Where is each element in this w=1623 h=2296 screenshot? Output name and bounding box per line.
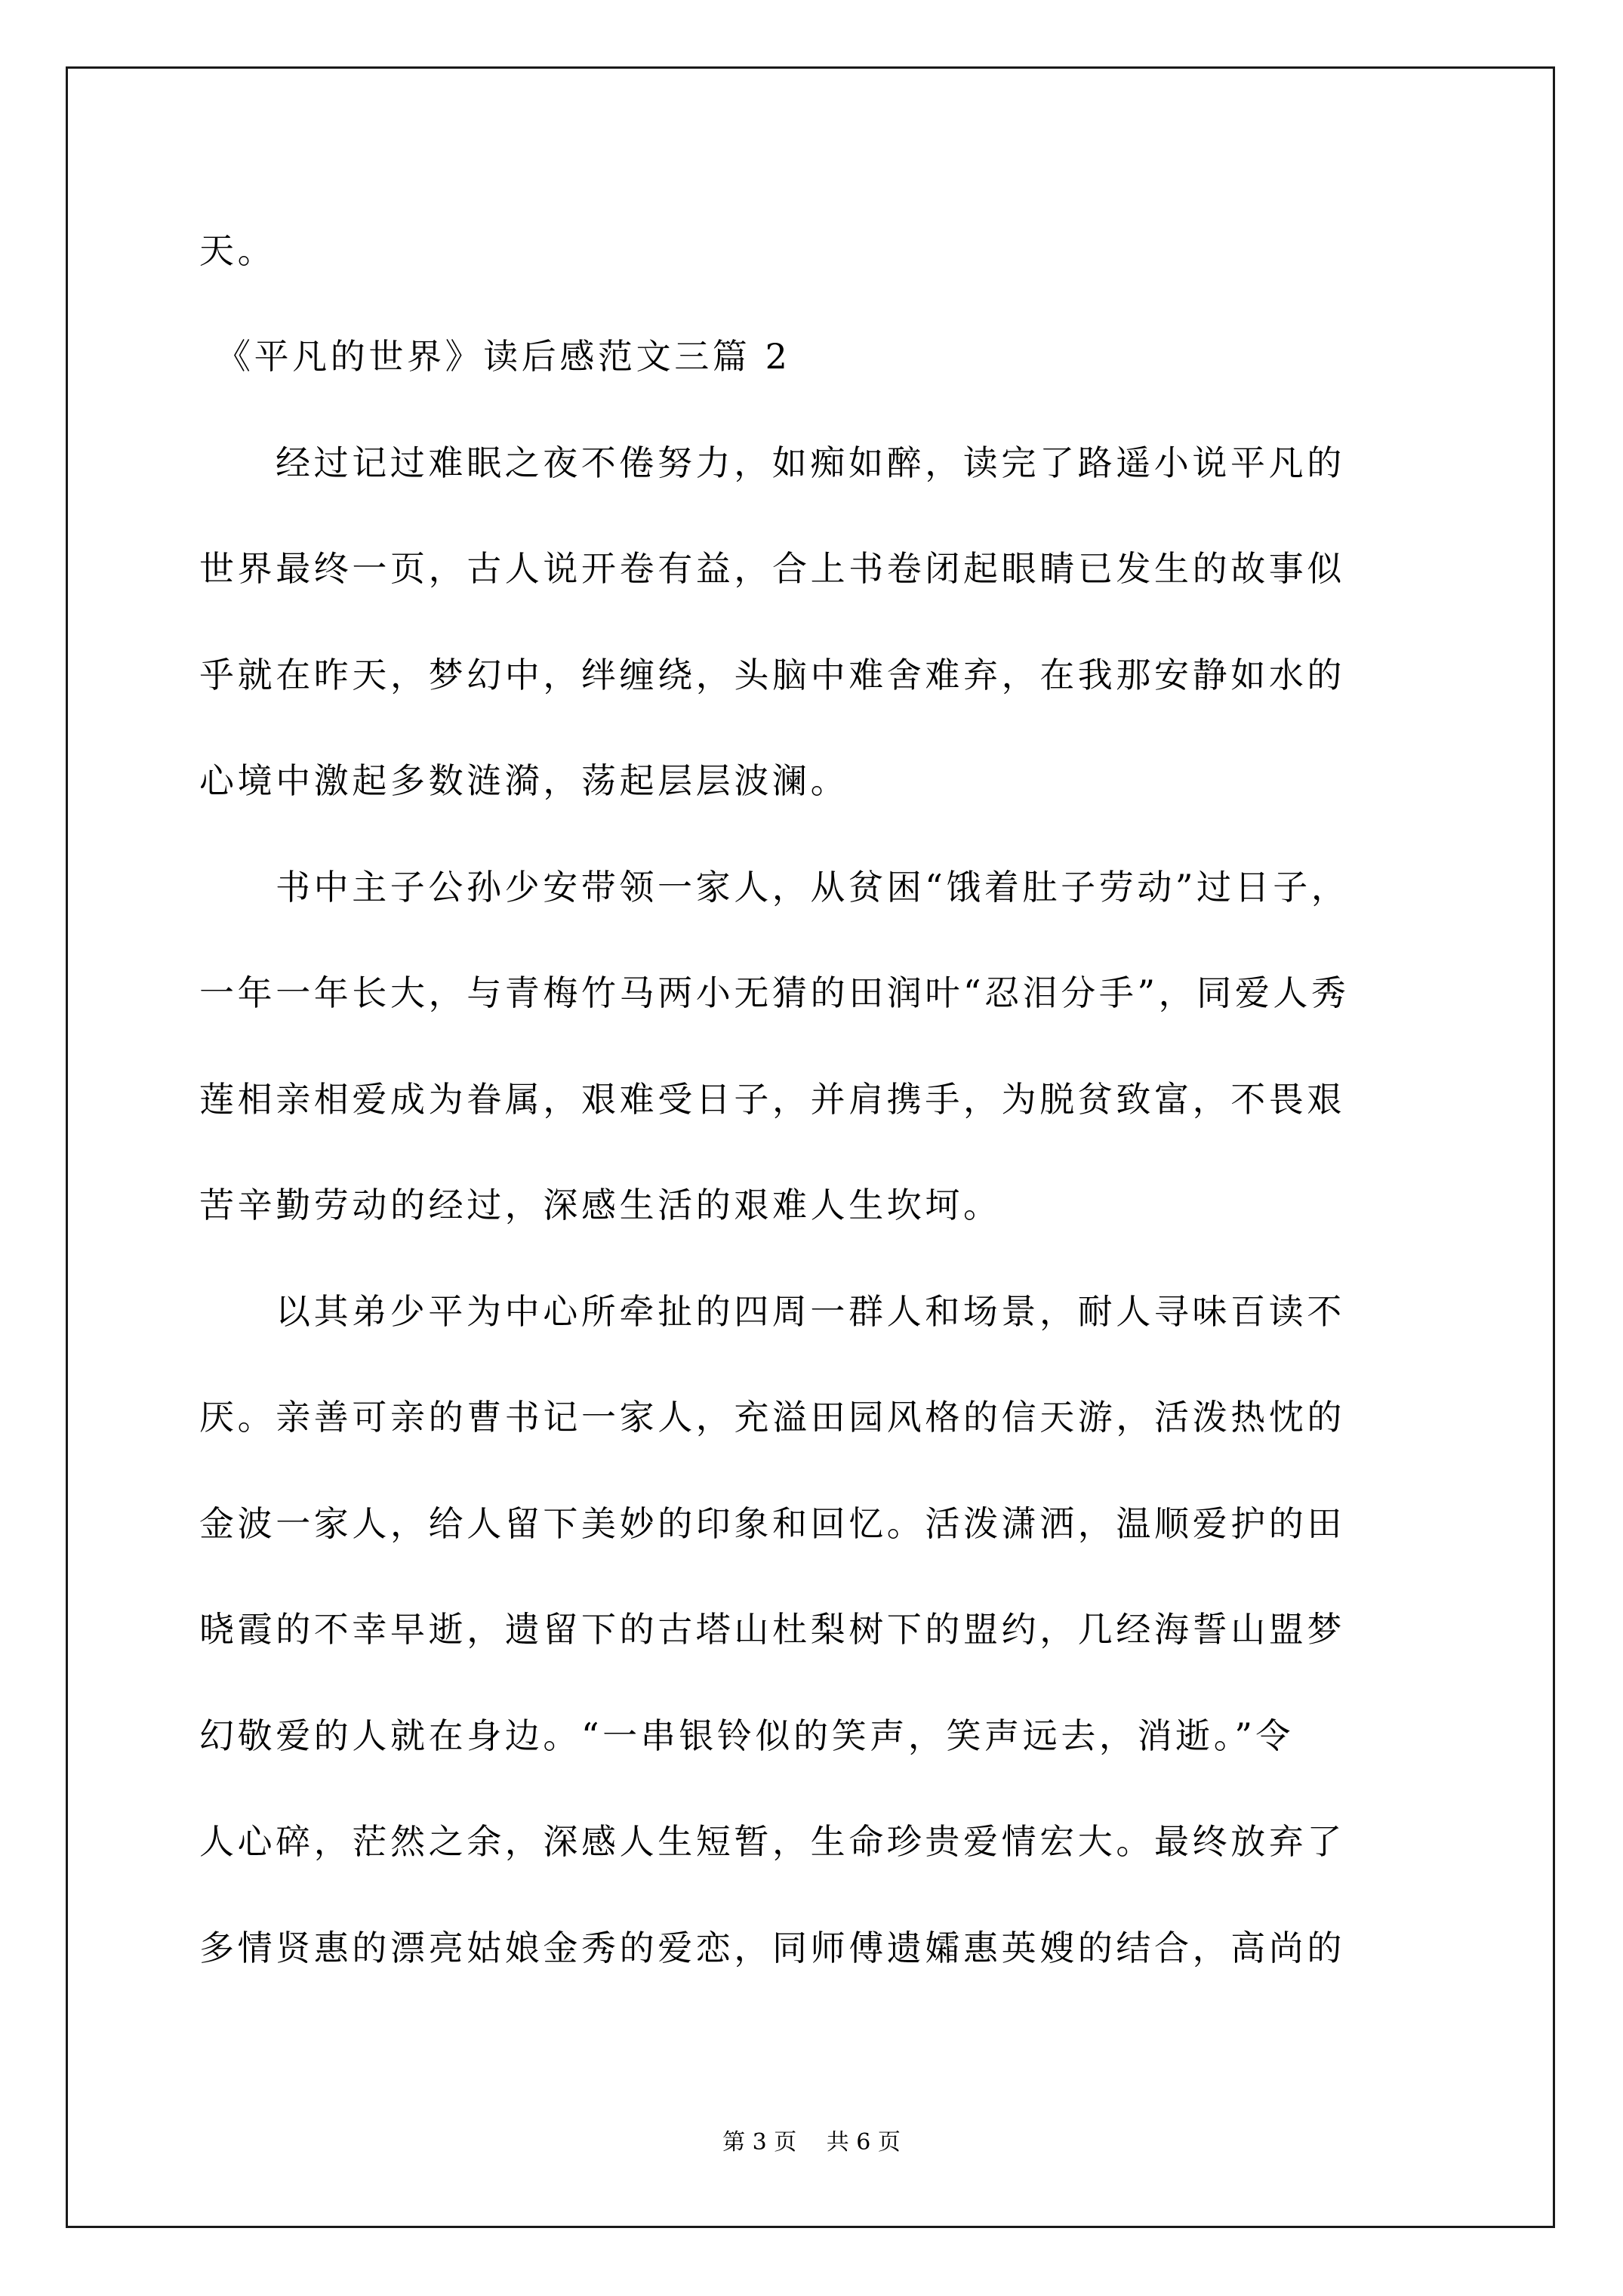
page-border <box>66 66 1555 2228</box>
paragraph-2-line-1: 书中主子公孙少安带领一家人，从贫困“饿着肚子劳动”过日子， <box>276 864 1349 910</box>
paragraph-2-line-4: 苦辛勤劳动的经过，深感生活的艰难人生坎坷。 <box>199 1182 1002 1228</box>
paragraph-3-line-7: 多情贤惠的漂亮姑娘金秀的爱恋，同师傅遗孀惠英嫂的结合，高尚的 <box>199 1925 1345 1971</box>
section-title: 《平凡的世界》读后感范文三篇 2 <box>216 334 791 379</box>
paragraph-1-line-2: 世界最终一页，古人说开卷有益，合上书卷闭起眼睛已发生的故事似 <box>199 546 1345 591</box>
paragraph-1-line-3: 乎就在昨天，梦幻中，绊缠绕，头脑中难舍难弃，在我那安静如水的 <box>199 652 1345 698</box>
page-number-footer: 第 3 页 共 6 页 <box>0 2128 1623 2158</box>
paragraph-2-line-3: 莲相亲相爱成为眷属，艰难受日子，并肩携手，为脱贫致富，不畏艰 <box>199 1077 1345 1122</box>
paragraph-3-line-6: 人心碎，茫然之余，深感人生短暂，生命珍贵爱情宏大。最终放弃了 <box>199 1819 1345 1864</box>
paragraph-2-line-2: 一年一年长大，与青梅竹马两小无猜的田润叶“忍泪分手”，同爱人秀 <box>199 970 1350 1015</box>
paragraph-1-line-1: 经过记过难眠之夜不倦努力，如痴如醉，读完了路遥小说平凡的 <box>276 440 1345 485</box>
paragraph-3-line-4: 晓霞的不幸早逝，遗留下的古塔山杜梨树下的盟约，几经海誓山盟梦 <box>199 1607 1345 1652</box>
paragraph-1-line-4: 心境中激起多数涟漪，荡起层层波澜。 <box>199 758 848 803</box>
paragraph-3-line-3: 金波一家人，给人留下美妙的印象和回忆。活泼潇洒，温顺爱护的田 <box>199 1501 1345 1546</box>
continuation-text: 天。 <box>199 228 276 273</box>
paragraph-3-line-2: 厌。亲善可亲的曹书记一家人，充溢田园风格的信天游，活泼热忱的 <box>199 1395 1345 1440</box>
paragraph-3-line-1: 以其弟少平为中心所牵扯的四周一群人和场景，耐人寻味百读不 <box>276 1289 1345 1334</box>
paragraph-3-line-5: 幻敬爱的人就在身边。“一串银铃似的笑声，笑声远去，消逝。”令 <box>199 1713 1294 1758</box>
